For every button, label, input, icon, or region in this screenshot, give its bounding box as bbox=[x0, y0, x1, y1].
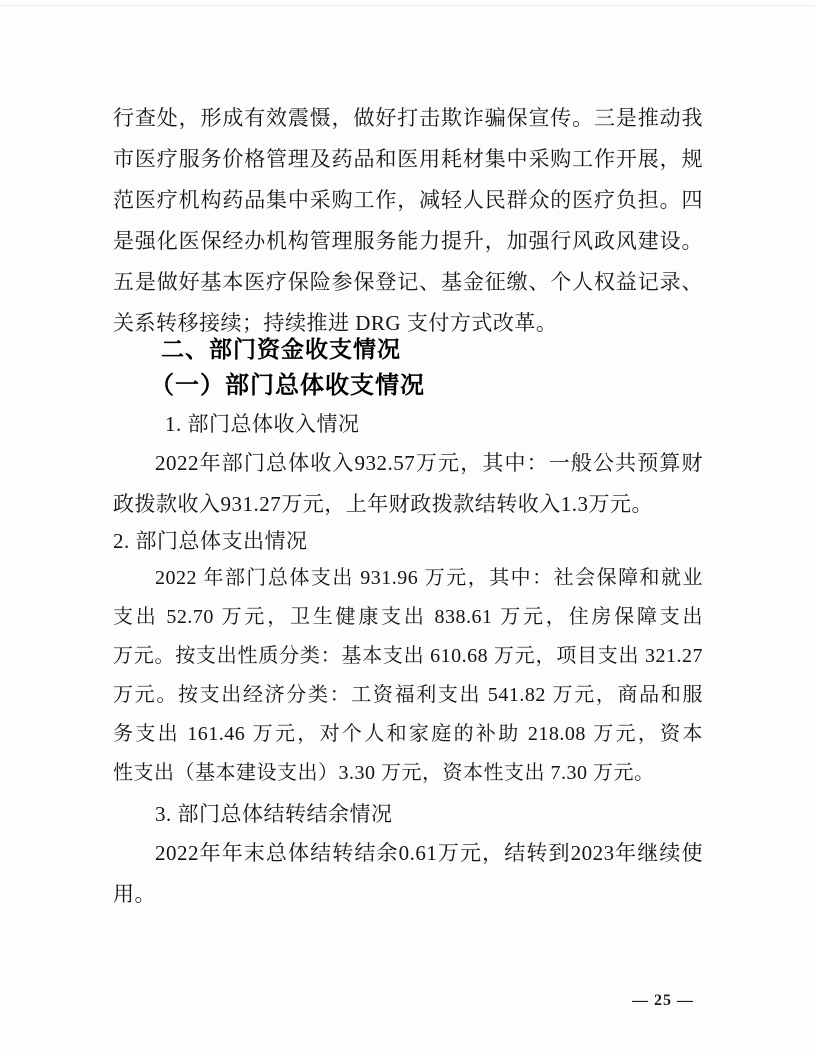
text-line: 行查处，形成有效震慑，做好打击欺诈骗保宣传。三是推动我 bbox=[113, 98, 703, 139]
text-line: 2022年年末总体结转结余0.61万元，结转到2023年继续使 bbox=[113, 833, 703, 874]
text-line: 性支出（基本建设支出）3.30 万元，资本性支出 7.30 万元。 bbox=[113, 754, 703, 793]
paragraph-intro: 行查处，形成有效震慑，做好打击欺诈骗保宣传。三是推动我 市医疗服务价格管理及药品… bbox=[113, 98, 703, 344]
text-line: 五是做好基本医疗保险参保登记、基金征缴、个人权益记录、 bbox=[113, 262, 703, 303]
text-line: 市医疗服务价格管理及药品和医用耗材集中采购工作开展，规 bbox=[113, 139, 703, 180]
scan-artifact-line bbox=[0, 5, 815, 6]
item3-heading: 3. 部门总体结转结余情况 bbox=[113, 794, 745, 835]
paragraph-carryover: 2022年年末总体结转结余0.61万元，结转到2023年继续使 用。 bbox=[113, 833, 703, 915]
text-line: 万元。按支出性质分类：基本支出 610.68 万元，项目支出 321.27 bbox=[113, 637, 703, 676]
text-line: 用。 bbox=[113, 874, 703, 915]
text-line: 政拨款收入931.27万元，上年财政拨款结转收入1.3万元。 bbox=[113, 484, 703, 525]
text-line: 支出 52.70 万元，卫生健康支出 838.61 万元，住房保障支出 40.6… bbox=[113, 598, 703, 637]
item2-heading: 2. 部门总体支出情况 bbox=[113, 521, 703, 562]
text-line: 2022年部门总体收入932.57万元，其中：一般公共预算财 bbox=[113, 443, 703, 484]
text-line: 万元。按支出经济分类：工资福利支出 541.82 万元，商品和服 bbox=[113, 676, 703, 715]
text-line: 范医疗机构药品集中采购工作，减轻人民群众的医疗负担。四 bbox=[113, 180, 703, 221]
text-line: 是强化医保经办机构管理服务能力提升，加强行风政风建设。 bbox=[113, 221, 703, 262]
page-number: — 25 — bbox=[608, 992, 718, 1010]
subsection-heading: （一）部门总体收支情况 bbox=[113, 366, 740, 407]
item1-heading: 1. 部门总体收入情况 bbox=[113, 404, 755, 445]
paragraph-income: 2022年部门总体收入932.57万元，其中：一般公共预算财 政拨款收入931.… bbox=[113, 443, 703, 525]
section-heading: 二、部门资金收支情况 bbox=[113, 329, 751, 370]
text-line: 2022 年部门总体支出 931.96 万元，其中：社会保障和就业 bbox=[113, 559, 703, 598]
paragraph-expense: 2022 年部门总体支出 931.96 万元，其中：社会保障和就业 支出 52.… bbox=[113, 559, 703, 793]
document-page: 行查处，形成有效震慑，做好打击欺诈骗保宣传。三是推动我 市医疗服务价格管理及药品… bbox=[0, 0, 815, 1055]
text-line: 务支出 161.46 万元，对个人和家庭的补助 218.08 万元，资本 bbox=[113, 715, 703, 754]
